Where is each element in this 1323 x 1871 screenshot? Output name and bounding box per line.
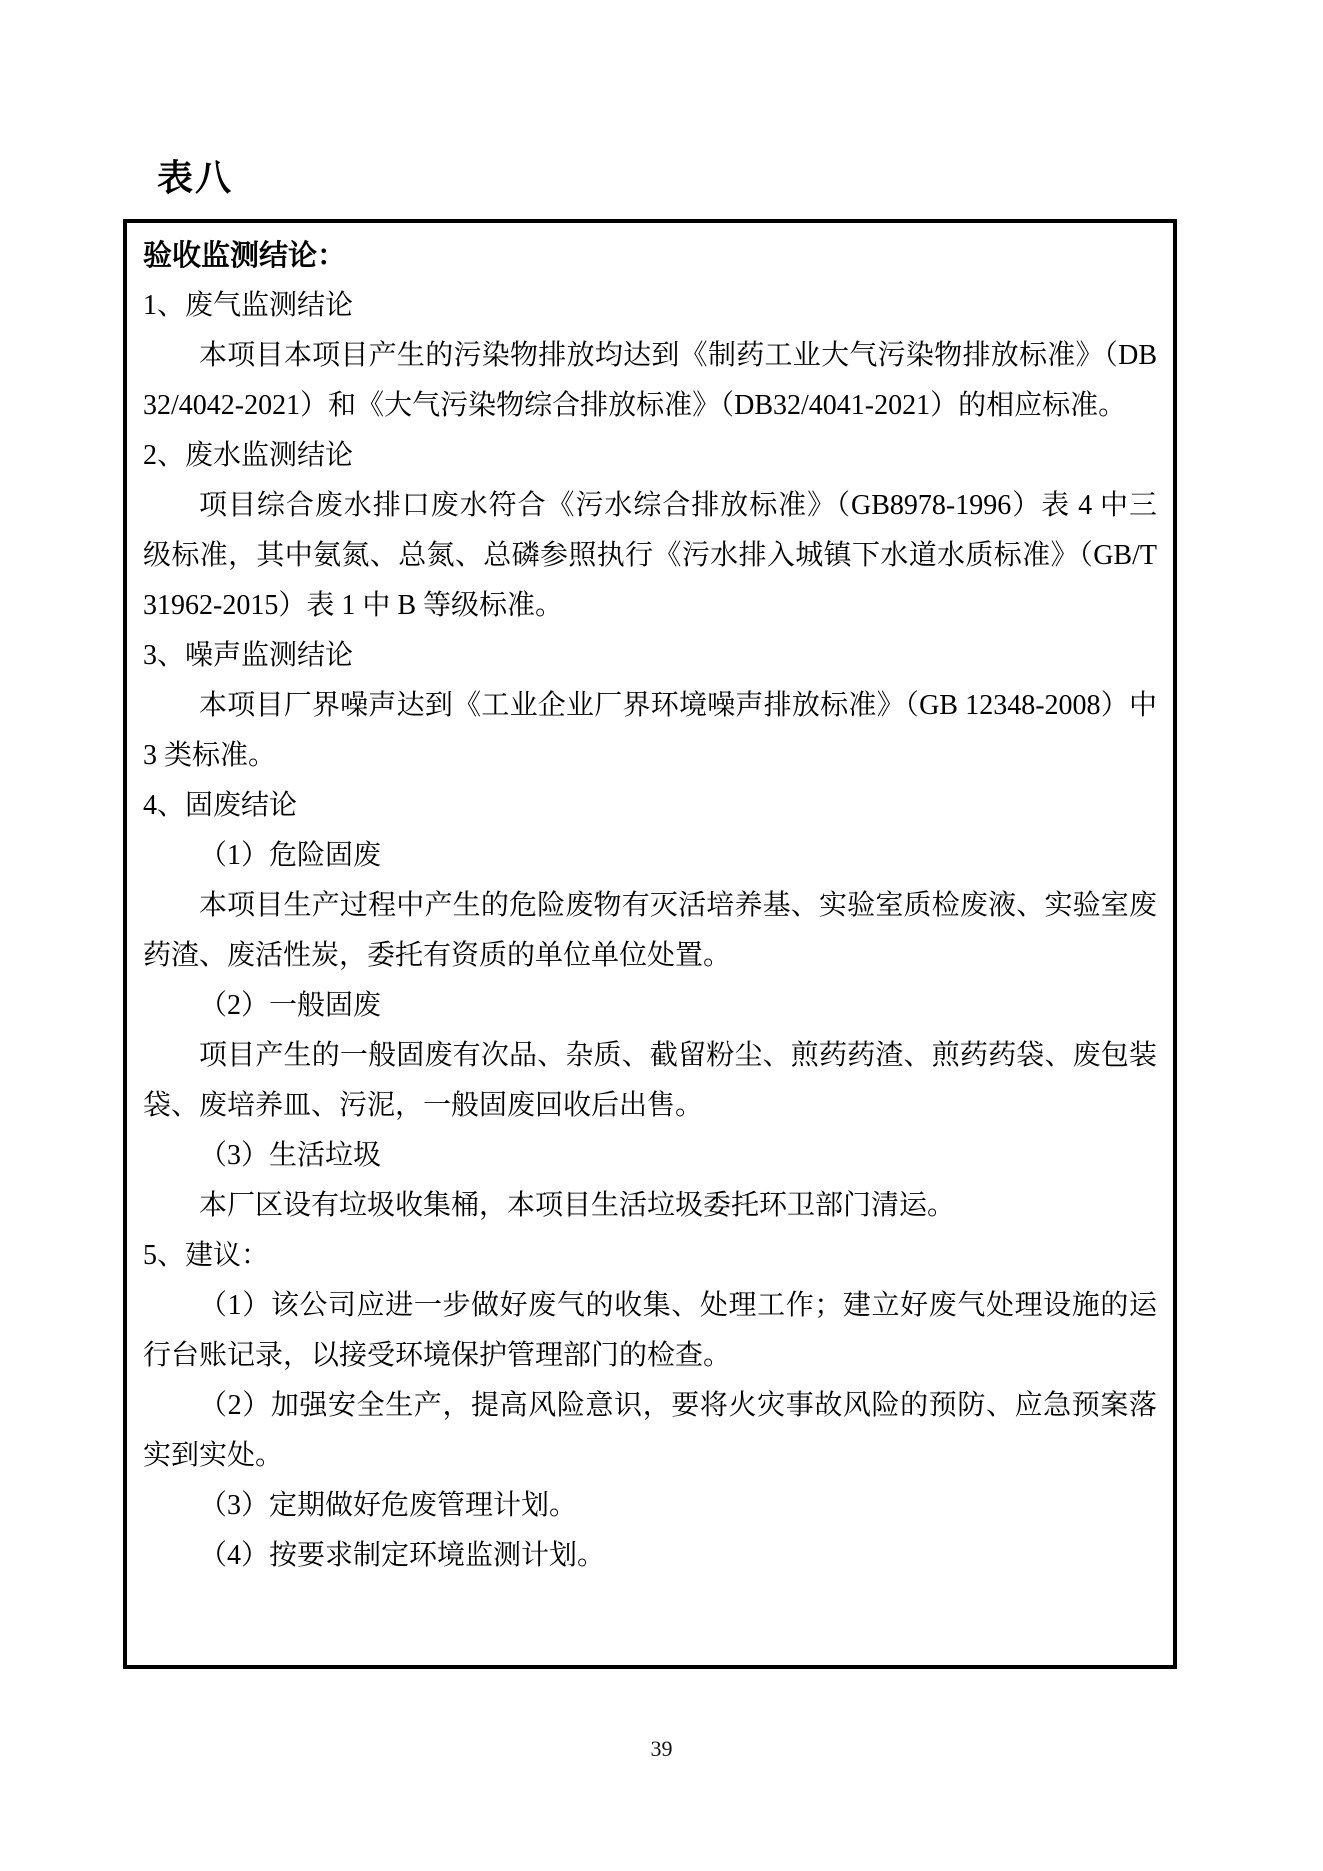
paragraph: （2）一般固废 [143, 981, 1157, 1031]
paragraph: （1）危险固废 [143, 831, 1157, 881]
paragraph: 本项目生产过程中产生的危险废物有灭活培养基、实验室质检废液、实验室废药渣、废活性… [143, 881, 1157, 981]
paragraph: 项目综合废水排口废水符合《污水综合排放标准》（GB8978-1996）表 4 中… [143, 481, 1157, 631]
paragraph: （3）定期做好危废管理计划。 [143, 1481, 1157, 1531]
paragraph: （3）生活垃圾 [143, 1131, 1157, 1181]
paragraph: （1）该公司应进一步做好废气的收集、处理工作；建立好废气处理设施的运行台账记录，… [143, 1281, 1157, 1381]
paragraph: 本项目本项目产生的污染物排放均达到《制药工业大气污染物排放标准》（DB 32/4… [143, 331, 1157, 431]
paragraph: （2）加强安全生产，提高风险意识，要将火灾事故风险的预防、应急预案落实到实处。 [143, 1381, 1157, 1481]
paragraph: 项目产生的一般固废有次品、杂质、截留粉尘、煎药药渣、煎药药袋、废包装袋、废培养皿… [143, 1031, 1157, 1131]
paragraph: （4）按要求制定环境监测计划。 [143, 1531, 1157, 1581]
paragraph: 本项目厂界噪声达到《工业企业厂界环境噪声排放标准》（GB 12348-2008）… [143, 681, 1157, 781]
box-heading: 验收监测结论： [143, 231, 1157, 281]
conclusion-paragraphs: 1、废气监测结论本项目本项目产生的污染物排放均达到《制药工业大气污染物排放标准》… [143, 281, 1157, 1581]
conclusion-box: 验收监测结论： 1、废气监测结论本项目本项目产生的污染物排放均达到《制药工业大气… [123, 219, 1177, 1669]
paragraph: 3、噪声监测结论 [143, 631, 1157, 681]
paragraph: 2、废水监测结论 [143, 431, 1157, 481]
paragraph: 1、废气监测结论 [143, 281, 1157, 331]
table-label: 表八 [157, 150, 233, 201]
paragraph: 本厂区设有垃圾收集桶，本项目生活垃圾委托环卫部门清运。 [143, 1181, 1157, 1231]
document-page: 表八 验收监测结论： 1、废气监测结论本项目本项目产生的污染物排放均达到《制药工… [0, 0, 1323, 1871]
paragraph: 4、固废结论 [143, 781, 1157, 831]
page-number: 39 [0, 1736, 1323, 1762]
paragraph: 5、建议： [143, 1231, 1157, 1281]
